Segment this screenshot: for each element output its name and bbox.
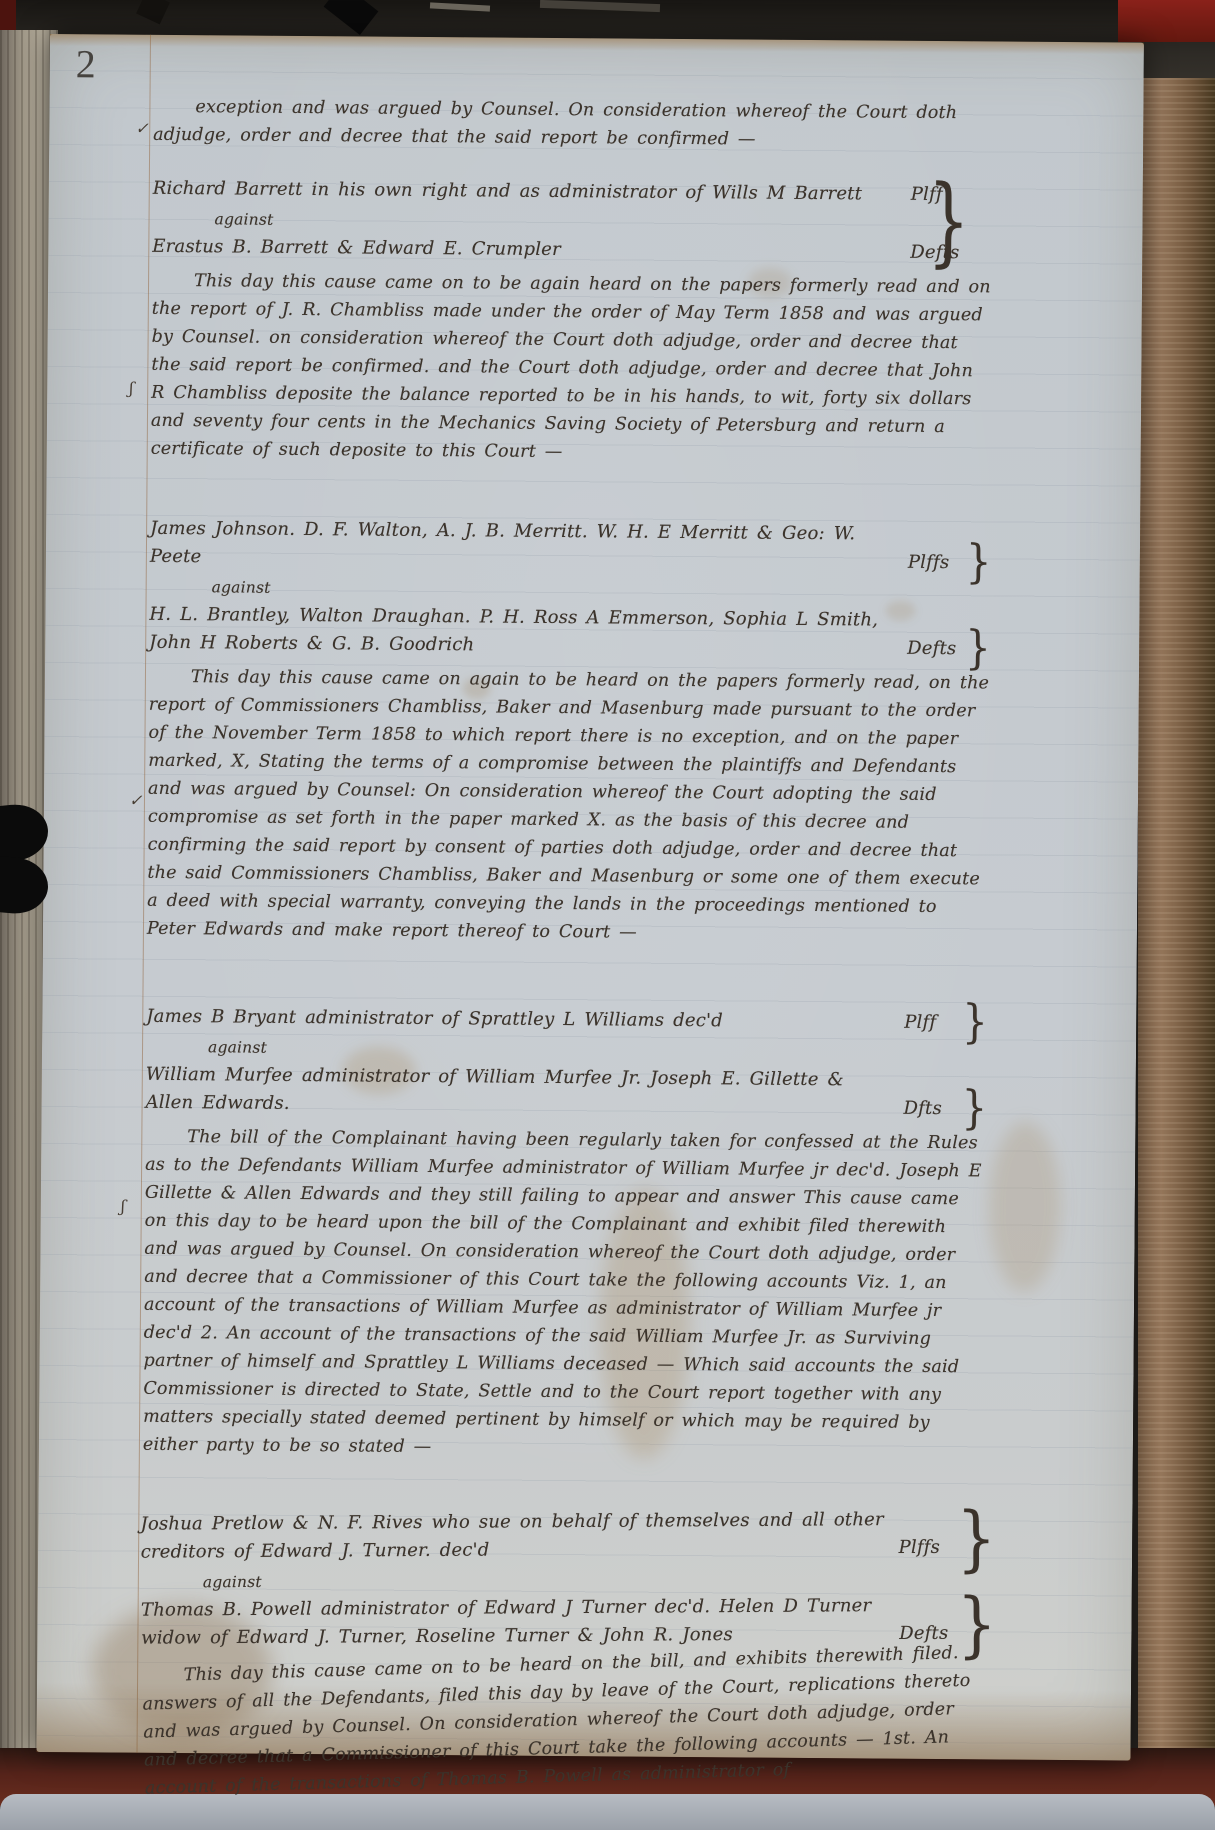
defendant-names: Erastus B. Barrett & Edward E. Crumpler: [152, 233, 910, 267]
brace-icon: }: [927, 172, 970, 269]
continuation-paragraph: exception and was argued by Counsel. On …: [153, 93, 995, 156]
plaintiff-line: James Johnson. D. F. Walton, A. J. B. Me…: [150, 515, 992, 578]
plaintiff-names: James B Bryant administrator of Sprattle…: [146, 1003, 904, 1037]
photographed-ledger: { "glyphs": { "brace": "}" }, "page": { …: [0, 0, 1215, 1830]
against-label: against: [214, 207, 994, 237]
brace-icon: }: [961, 1091, 987, 1126]
plaintiff-names: Richard Barrett in his own right and as …: [153, 175, 911, 209]
plaintiff-label: Plffs: [899, 1534, 957, 1562]
case-entry: Joshua Pretlow & N. F. Rives who sue on …: [140, 1506, 984, 1803]
case-heading: James B Bryant administrator of Sprattle…: [145, 1001, 988, 1124]
case-body-paragraph: This day this cause came on to be heard …: [141, 1638, 987, 1802]
case-entry: } Richard Barrett in his own right and a…: [151, 175, 995, 470]
defendant-label: Dfts: [903, 1095, 961, 1123]
against-label: against: [208, 1035, 988, 1065]
case-body-paragraph: This day this cause came on again to be …: [147, 663, 991, 950]
case-heading: } Richard Barrett in his own right and a…: [152, 175, 995, 268]
case-entry: James B Bryant administrator of Sprattle…: [143, 1001, 989, 1466]
plaintiff-label: Plff: [904, 1009, 962, 1037]
plaintiff-names: Joshua Pretlow & N. F. Rives who sue on …: [140, 1506, 898, 1567]
case-heading: James Johnson. D. F. Walton, A. J. B. Me…: [149, 515, 992, 664]
case-entry: James Johnson. D. F. Walton, A. J. B. Me…: [147, 515, 992, 950]
case-body-paragraph: This day this cause came on to be again …: [151, 267, 995, 470]
case-heading: Joshua Pretlow & N. F. Rives who sue on …: [140, 1506, 983, 1653]
defendant-label: Defts: [907, 635, 965, 663]
defendant-names: H. L. Brantley, Walton Draughan. P. H. R…: [149, 601, 907, 663]
defendant-line: H. L. Brantley, Walton Draughan. P. H. R…: [149, 601, 991, 664]
against-label: against: [203, 1566, 983, 1595]
defendant-line: Erastus B. Barrett & Edward E. Crumpler …: [152, 233, 994, 268]
case-body-paragraph: The bill of the Complainant having been …: [143, 1123, 988, 1466]
plaintiff-line: Richard Barrett in his own right and as …: [153, 175, 995, 210]
brace-icon: }: [966, 545, 992, 580]
plaintiff-line: Joshua Pretlow & N. F. Rives who sue on …: [140, 1506, 982, 1567]
page-stack-right: [1138, 78, 1215, 1770]
handwritten-content: exception and was argued by Counsel. On …: [36, 34, 1144, 1805]
against-label: against: [212, 575, 992, 605]
plaintiff-line: James B Bryant administrator of Sprattle…: [146, 1001, 988, 1038]
defendant-names: William Murfee administrator of William …: [145, 1061, 903, 1123]
plaintiff-label: Plffs: [908, 549, 966, 577]
scanned-page: 2 ✓ ʃ ✓ ʃ exception and was argued by Co…: [37, 34, 1144, 1761]
brace-icon: }: [962, 1005, 988, 1040]
brace-icon: }: [956, 1512, 982, 1566]
plaintiff-names: James Johnson. D. F. Walton, A. J. B. Me…: [150, 515, 908, 577]
book-spine-red: [1118, 0, 1215, 42]
brace-icon: }: [965, 631, 991, 666]
defendant-line: William Murfee administrator of William …: [145, 1061, 987, 1124]
